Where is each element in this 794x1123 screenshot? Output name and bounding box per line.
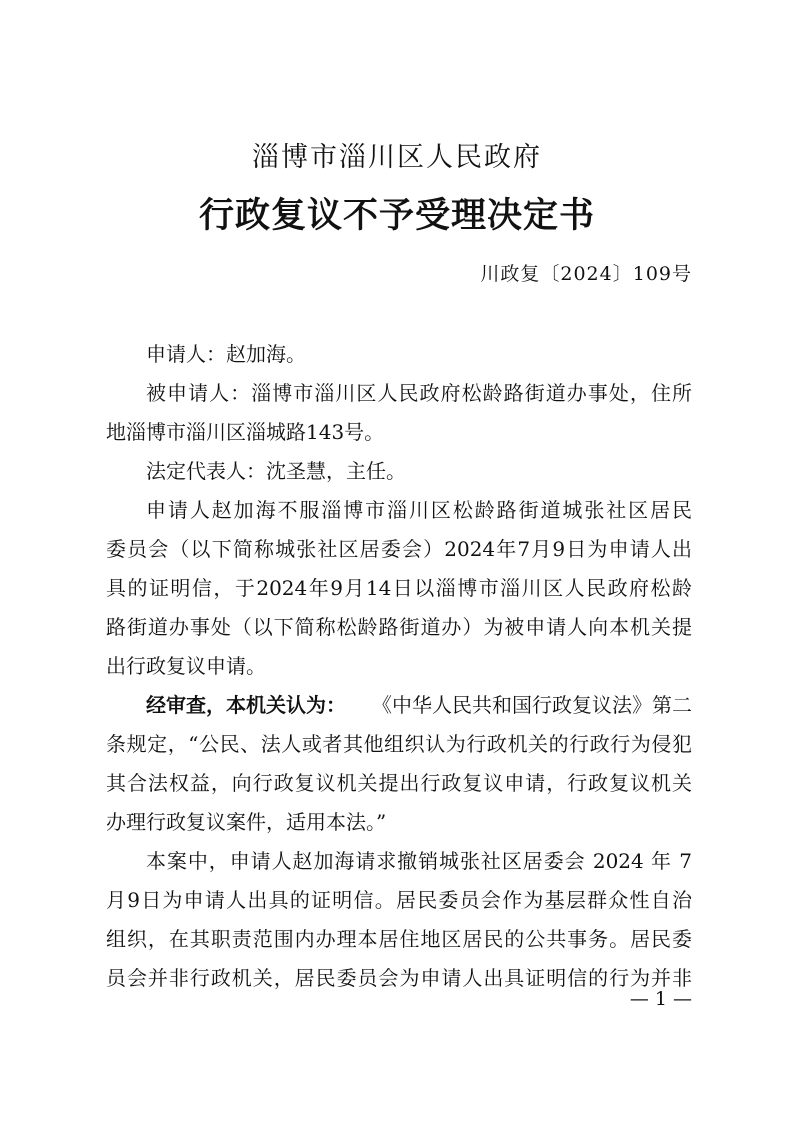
page-number: — 1 — (630, 985, 692, 1013)
respondent-line: 被申请人：淄博市淄川区人民政府松龄路街道办事处，住所 (146, 378, 692, 408)
issuer-name: 淄博市淄川区人民政府 (0, 140, 794, 176)
paragraph-line: 委员会（以下简称城张社区居委会）2024年7月9日为申请人出 (106, 534, 692, 564)
applicant-line: 申请人：赵加海。 (146, 339, 692, 369)
paragraph-line: 出行政复议申请。 (106, 651, 692, 681)
paragraph-line: 申请人赵加海不服淄博市淄川区松龄路街道城张社区居民 (146, 495, 692, 525)
review-citation: 《中华人民共和国行政复议法》第二 (372, 690, 692, 720)
document-number: 川政复〔2024〕109号 (480, 259, 692, 289)
paragraph-line: 条规定，“公民、法人或者其他组织认为行政机关的行政行为侵犯 (106, 729, 692, 759)
paragraph-line: 具的证明信，于2024年9月14日以淄博市淄川区人民政府松龄 (106, 573, 692, 603)
legal-representative-line: 法定代表人：沈圣慧，主任。 (146, 456, 692, 486)
paragraph-line: 组织，在其职责范围内办理本居住地区居民的公共事务。居民委 (106, 924, 692, 954)
document-title: 行政复议不予受理决定书 (0, 193, 794, 239)
review-opening-line: 经审查，本机关认为： 《中华人民共和国行政复议法》第二 (146, 690, 692, 720)
paragraph-line: 其合法权益，向行政复议机关提出行政复议申请，行政复议机关 (106, 768, 692, 798)
paragraph-line: 路街道办事处（以下简称松龄路街道办）为被申请人向本机关提 (106, 612, 692, 642)
respondent-address-line: 地淄博市淄川区淄城路143号。 (106, 417, 692, 447)
document-page: 淄博市淄川区人民政府 行政复议不予受理决定书 川政复〔2024〕109号 申请人… (0, 0, 794, 1123)
paragraph-line: 月9日为申请人出具的证明信。居民委员会作为基层群众性自治 (106, 885, 692, 915)
review-lead: 经审查，本机关认为： (146, 690, 346, 720)
paragraph-line: 员会并非行政机关，居民委员会为申请人出具证明信的行为并非 (106, 963, 692, 993)
paragraph-line: 本案中，申请人赵加海请求撤销城张社区居委会 2024 年 7 (146, 846, 692, 876)
paragraph-line: 办理行政复议案件，适用本法。” (106, 807, 692, 837)
